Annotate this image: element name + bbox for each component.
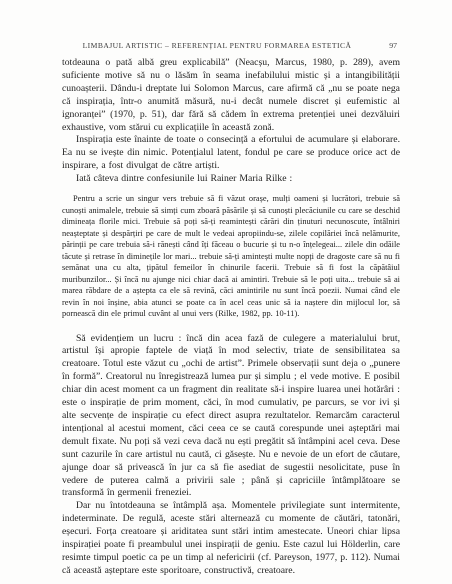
book-page: LIMBAJUL ARTISTIC – REFERENȚIAL PENTRU F… bbox=[0, 0, 452, 584]
paragraph: Inspirația este înainte de toate o conse… bbox=[62, 134, 400, 173]
paragraph: Dar nu întotdeauna se întâmplă așa. Mome… bbox=[62, 500, 400, 577]
paragraph: Să evidențiem un lucru : încă din acea f… bbox=[62, 333, 400, 501]
paragraph-quote-intro: Iată câteva dintre confesiunile lui Rain… bbox=[62, 173, 400, 186]
page-number: 97 bbox=[389, 41, 397, 50]
page-body: totdeauna o pată albă greu explicabilă” … bbox=[62, 57, 400, 578]
running-header: LIMBAJUL ARTISTIC – REFERENȚIAL PENTRU F… bbox=[62, 41, 400, 52]
paragraph-continuation: totdeauna o pată albă greu explicabilă” … bbox=[62, 57, 400, 134]
block-quote-rilke: Pentru a scrie un singur vers trebuie să… bbox=[62, 193, 400, 320]
running-title: LIMBAJUL ARTISTIC – REFERENȚIAL PENTRU F… bbox=[62, 41, 400, 50]
